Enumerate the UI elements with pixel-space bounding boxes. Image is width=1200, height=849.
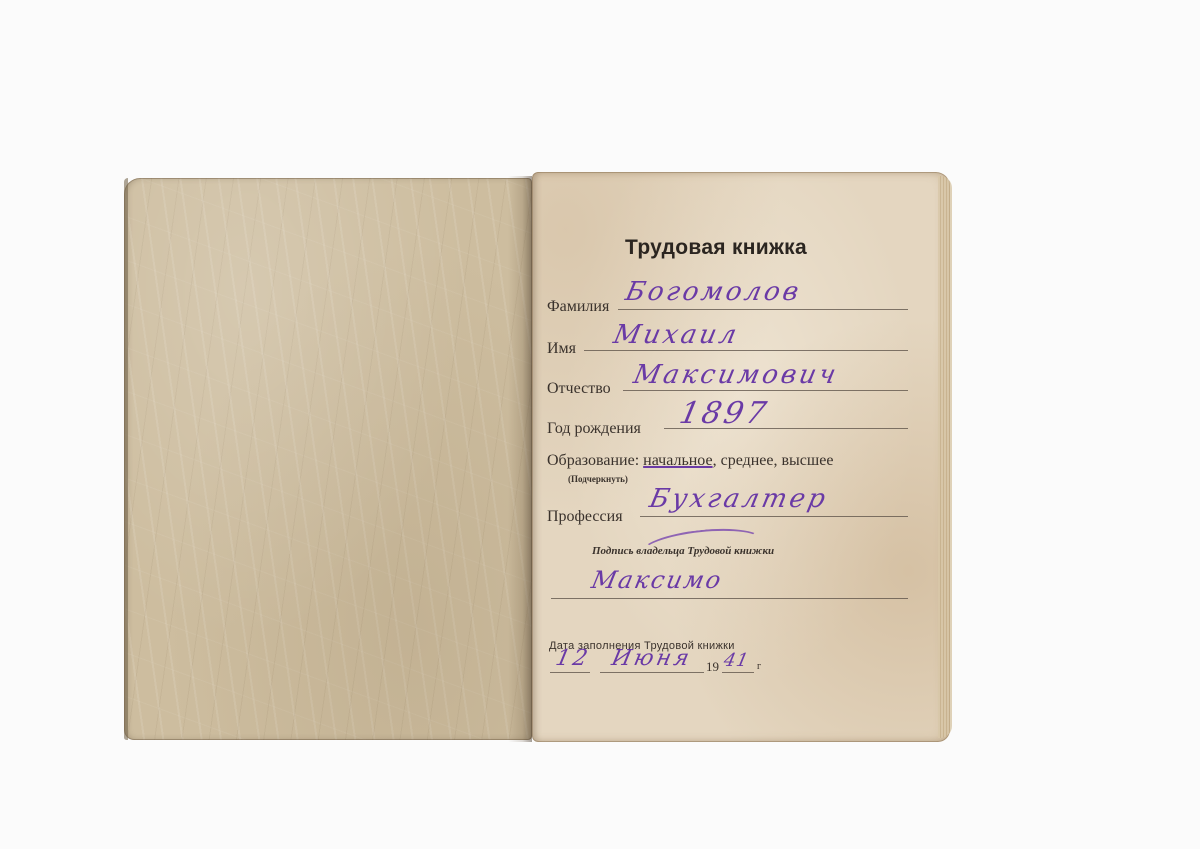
date-day-underline xyxy=(550,672,590,673)
surname-label: Фамилия xyxy=(547,298,609,316)
name-row: Имя xyxy=(547,328,576,358)
education-option-higher: высшее xyxy=(782,452,834,469)
surname-value: Богомолов xyxy=(623,277,804,307)
education-option-secondary: среднее xyxy=(721,452,774,469)
page-edges xyxy=(938,176,952,738)
name-label: Имя xyxy=(547,340,576,358)
date-year-prefix: 19 xyxy=(706,659,719,675)
birth-year-label: Год рождения xyxy=(547,420,641,438)
birth-year-value: 1897 xyxy=(676,396,772,431)
name-underline xyxy=(584,350,908,351)
date-month: Июня xyxy=(609,646,694,671)
education-label: Образование: xyxy=(547,452,639,469)
date-month-underline xyxy=(600,672,704,673)
profession-underline xyxy=(640,516,908,517)
name-value: Михаил xyxy=(611,320,742,350)
date-year-suffix: 41 xyxy=(722,650,751,671)
owner-signature: Максимо xyxy=(589,566,725,594)
document-title: Трудовая книжка xyxy=(532,236,900,260)
profession-value: Бухгалтер xyxy=(647,484,831,514)
surname-row: Фамилия xyxy=(547,286,609,316)
cover-inner-page xyxy=(124,178,532,740)
date-day: 12 xyxy=(553,646,592,671)
patronymic-label: Отчество xyxy=(547,380,611,398)
profession-row: Профессия xyxy=(547,496,623,526)
signature-underline xyxy=(551,598,908,599)
patronymic-value: Максимович xyxy=(631,360,842,390)
scanned-work-record-book: Трудовая книжка Фамилия Богомолов Имя Ми… xyxy=(0,0,1200,849)
surname-underline xyxy=(618,309,908,310)
profession-label: Профессия xyxy=(547,508,623,526)
education-option-primary-selected: начальное xyxy=(643,452,712,469)
education-hint: (Подчеркнуть) xyxy=(568,474,628,484)
patronymic-row: Отчество xyxy=(547,368,611,398)
date-year-underline xyxy=(722,672,754,673)
education-row: Образование: начальное, среднее, высшее xyxy=(547,452,833,470)
patronymic-underline xyxy=(623,390,908,391)
date-year-unit: г xyxy=(757,661,761,672)
book-spine xyxy=(508,176,532,742)
birth-year-row: Год рождения xyxy=(547,408,641,438)
